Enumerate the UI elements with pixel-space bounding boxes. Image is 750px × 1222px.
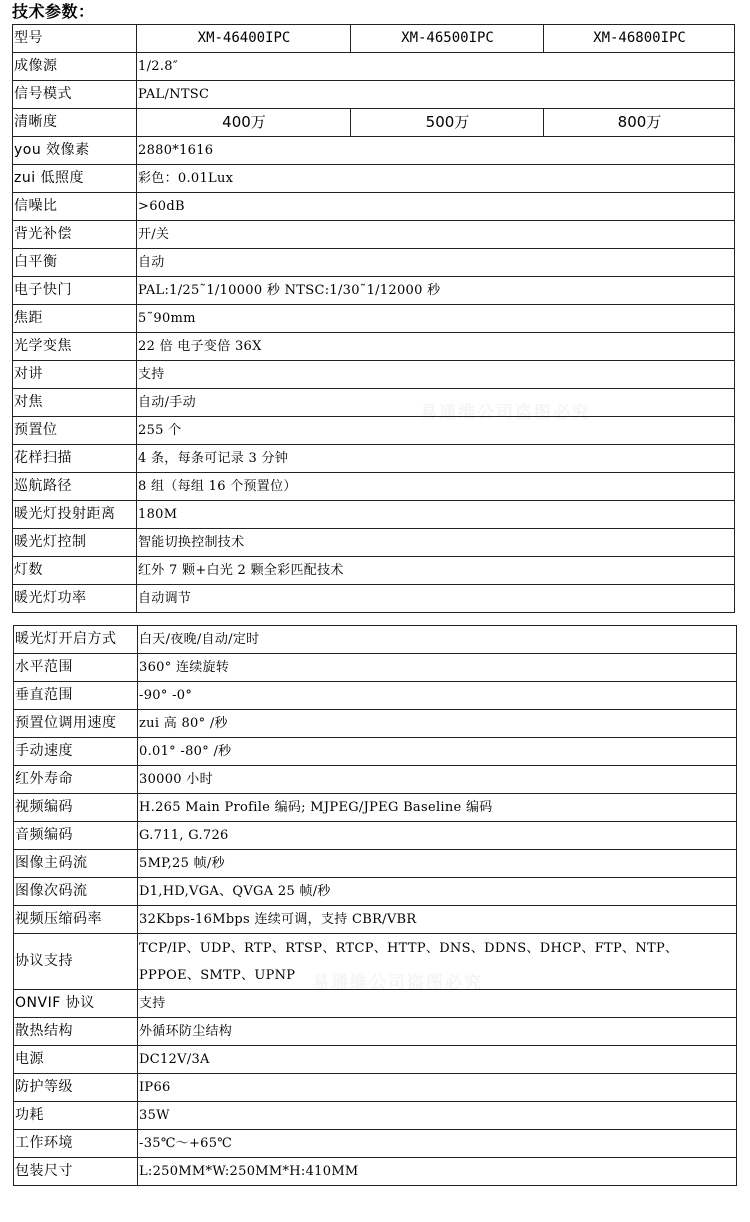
spec-label: 电源 (14, 1046, 138, 1074)
spec-value: -90° -0° (138, 682, 737, 710)
spec-value: 8 组（每组 16 个预置位） (137, 473, 735, 501)
protocol-row: 协议支持TCP/IP、UDP、RTP、RTSP、RTCP、HTTP、DNS、DD… (14, 934, 737, 990)
spec-label: 暖光灯投射距离 (13, 501, 137, 529)
spec-label: 工作环境 (14, 1130, 138, 1158)
spec-label: 图像次码流 (14, 878, 138, 906)
spec-row: 花样扫描4 条，每条可记录 3 分钟 (13, 445, 735, 473)
spec-value: 开/关 (137, 221, 735, 249)
spec-value: 360° 连续旋转 (138, 654, 737, 682)
spec-label: 功耗 (14, 1102, 138, 1130)
spec-row: 工作环境-35℃～+65℃ (14, 1130, 737, 1158)
spec-row: 包装尺寸L:250MM*W:250MM*H:410MM (14, 1158, 737, 1186)
spec-value: 白天/夜晚/自动/定时 (138, 626, 737, 654)
spec-label: 信号模式 (13, 81, 137, 109)
spec-label: 灯数 (13, 557, 137, 585)
spec-row: ONVIF 协议支持 (14, 990, 737, 1018)
page-title: 技术参数： (12, 2, 95, 22)
spec-value: 外循环防尘结构 (138, 1018, 737, 1046)
spec-row: 焦距5˜90mm (13, 305, 735, 333)
spec-value: 1/2.8″ (137, 53, 735, 81)
resolution-3: 800万 (544, 109, 735, 137)
spec-row: 背光补偿开/关 (13, 221, 735, 249)
spec-label: 红外寿命 (14, 766, 138, 794)
spec-row: 白平衡自动 (13, 249, 735, 277)
spec-label: you 效像素 (13, 137, 137, 165)
spec-row: you 效像素2880*1616 (13, 137, 735, 165)
spec-value: 5˜90mm (137, 305, 735, 333)
spec-row: 成像源 1/2.8″ (13, 53, 735, 81)
spec-value: 2880*1616 (137, 137, 735, 165)
spec-label: 包装尺寸 (14, 1158, 138, 1186)
spec-row: 灯数红外 7 颗+白光 2 颗全彩匹配技术 (13, 557, 735, 585)
spec-table-bottom: 暖光灯开启方式白天/夜晚/自动/定时水平范围360° 连续旋转垂直范围-90° … (13, 625, 737, 1186)
spec-label: 暖光灯控制 (13, 529, 137, 557)
spec-row: 对焦自动/手动 (13, 389, 735, 417)
spec-row: 散热结构外循环防尘结构 (14, 1018, 737, 1046)
spec-label: 对焦 (13, 389, 137, 417)
spec-value: G.711, G.726 (138, 822, 737, 850)
spec-value: PAL:1/25˜1/10000 秒 NTSC:1/30˜1/12000 秒 (137, 277, 735, 305)
spec-label: 散热结构 (14, 1018, 138, 1046)
spec-label: ONVIF 协议 (14, 990, 138, 1018)
spec-value: 180M (137, 501, 735, 529)
resolution-2: 500万 (351, 109, 544, 137)
spec-value: 255 个 (137, 417, 735, 445)
spec-label: 暖光灯开启方式 (14, 626, 138, 654)
spec-value: 支持 (137, 361, 735, 389)
spec-value: 30000 小时 (138, 766, 737, 794)
spec-value: 32Kbps-16Mbps 连续可调，支持 CBR/VBR (138, 906, 737, 934)
spec-row: 暖光灯控制智能切换控制技术 (13, 529, 735, 557)
spec-row: 视频编码H.265 Main Profile 编码; MJPEG/JPEG Ba… (14, 794, 737, 822)
spec-table-top: 型号 XM-46400IPC XM-46500IPC XM-46800IPC 成… (12, 24, 735, 613)
spec-row: 红外寿命30000 小时 (14, 766, 737, 794)
spec-row: 手动速度0.01° -80° /秒 (14, 738, 737, 766)
spec-value: >60dB (137, 193, 735, 221)
spec-value: 22 倍 电子变倍 36X (137, 333, 735, 361)
spec-row: 巡航路径8 组（每组 16 个预置位） (13, 473, 735, 501)
spec-row: 垂直范围-90° -0° (14, 682, 737, 710)
spec-label: 光学变焦 (13, 333, 137, 361)
spec-label: 预置位 (13, 417, 137, 445)
spec-row: 暖光灯投射距离180M (13, 501, 735, 529)
spec-value: 红外 7 颗+白光 2 颗全彩匹配技术 (137, 557, 735, 585)
spec-row: 视频压缩码率32Kbps-16Mbps 连续可调，支持 CBR/VBR (14, 906, 737, 934)
spec-label: 视频压缩码率 (14, 906, 138, 934)
spec-row: zui 低照度彩色：0.01Lux (13, 165, 735, 193)
spec-value: IP66 (138, 1074, 737, 1102)
spec-row: 信号模式 PAL/NTSC (13, 81, 735, 109)
spec-row: 电源DC12V/3A (14, 1046, 737, 1074)
spec-label: 信噪比 (13, 193, 137, 221)
spec-value: 自动/手动 (137, 389, 735, 417)
spec-value: D1,HD,VGA、QVGA 25 帧/秒 (138, 878, 737, 906)
spec-row: 光学变焦22 倍 电子变倍 36X (13, 333, 735, 361)
spec-value: PAL/NTSC (137, 81, 735, 109)
protocol-line-2: PPPOE、SMTP、UPNP (139, 962, 736, 989)
spec-row: 音频编码G.711, G.726 (14, 822, 737, 850)
spec-label: 焦距 (13, 305, 137, 333)
spec-label: zui 低照度 (13, 165, 137, 193)
resolution-row: 清晰度 400万 500万 800万 (13, 109, 735, 137)
spec-label: 暖光灯功率 (13, 585, 137, 613)
spec-label: 音频编码 (14, 822, 138, 850)
spec-row: 图像主码流5MP,25 帧/秒 (14, 850, 737, 878)
spec-label: 预置位调用速度 (14, 710, 138, 738)
protocol-line-1: TCP/IP、UDP、RTP、RTSP、RTCP、HTTP、DNS、DDNS、D… (139, 935, 736, 962)
spec-label: 花样扫描 (13, 445, 137, 473)
spec-row: 预置位调用速度zui 高 80° /秒 (14, 710, 737, 738)
spec-row: 暖光灯开启方式白天/夜晚/自动/定时 (14, 626, 737, 654)
spec-value: L:250MM*W:250MM*H:410MM (138, 1158, 737, 1186)
spec-label: 背光补偿 (13, 221, 137, 249)
spec-row: 对讲支持 (13, 361, 735, 389)
spec-label: 视频编码 (14, 794, 138, 822)
spec-row: 防护等级IP66 (14, 1074, 737, 1102)
model-3: XM-46800IPC (544, 25, 735, 53)
spec-row: 信噪比>60dB (13, 193, 735, 221)
resolution-label: 清晰度 (13, 109, 137, 137)
spec-value: 支持 (138, 990, 737, 1018)
spec-label: 手动速度 (14, 738, 138, 766)
spec-value: 5MP,25 帧/秒 (138, 850, 737, 878)
resolution-1: 400万 (137, 109, 351, 137)
spec-row: 电子快门PAL:1/25˜1/10000 秒 NTSC:1/30˜1/12000… (13, 277, 735, 305)
spec-label: 垂直范围 (14, 682, 138, 710)
spec-label: 图像主码流 (14, 850, 138, 878)
spec-label: 白平衡 (13, 249, 137, 277)
spec-label: 防护等级 (14, 1074, 138, 1102)
spec-value: 4 条，每条可记录 3 分钟 (137, 445, 735, 473)
spec-value: 35W (138, 1102, 737, 1130)
protocol-label: 协议支持 (14, 934, 138, 990)
spec-row: 功耗35W (14, 1102, 737, 1130)
spec-label: 电子快门 (13, 277, 137, 305)
spec-value: 0.01° -80° /秒 (138, 738, 737, 766)
spec-value: 自动 (137, 249, 735, 277)
spec-row: 图像次码流D1,HD,VGA、QVGA 25 帧/秒 (14, 878, 737, 906)
spec-value: zui 高 80° /秒 (138, 710, 737, 738)
spec-value: 自动调节 (137, 585, 735, 613)
spec-row: 暖光灯功率自动调节 (13, 585, 735, 613)
spec-value: 智能切换控制技术 (137, 529, 735, 557)
spec-label: 成像源 (13, 53, 137, 81)
spec-value: -35℃～+65℃ (138, 1130, 737, 1158)
protocol-value: TCP/IP、UDP、RTP、RTSP、RTCP、HTTP、DNS、DDNS、D… (138, 934, 737, 990)
spec-value: 彩色：0.01Lux (137, 165, 735, 193)
spec-label: 对讲 (13, 361, 137, 389)
model-2: XM-46500IPC (351, 25, 544, 53)
spec-row: 预置位255 个 (13, 417, 735, 445)
spec-value: DC12V/3A (138, 1046, 737, 1074)
model-label: 型号 (13, 25, 137, 53)
spec-label: 巡航路径 (13, 473, 137, 501)
spec-row: 水平范围360° 连续旋转 (14, 654, 737, 682)
model-header-row: 型号 XM-46400IPC XM-46500IPC XM-46800IPC (13, 25, 735, 53)
spec-value: H.265 Main Profile 编码; MJPEG/JPEG Baseli… (138, 794, 737, 822)
spec-label: 水平范围 (14, 654, 138, 682)
model-1: XM-46400IPC (137, 25, 351, 53)
